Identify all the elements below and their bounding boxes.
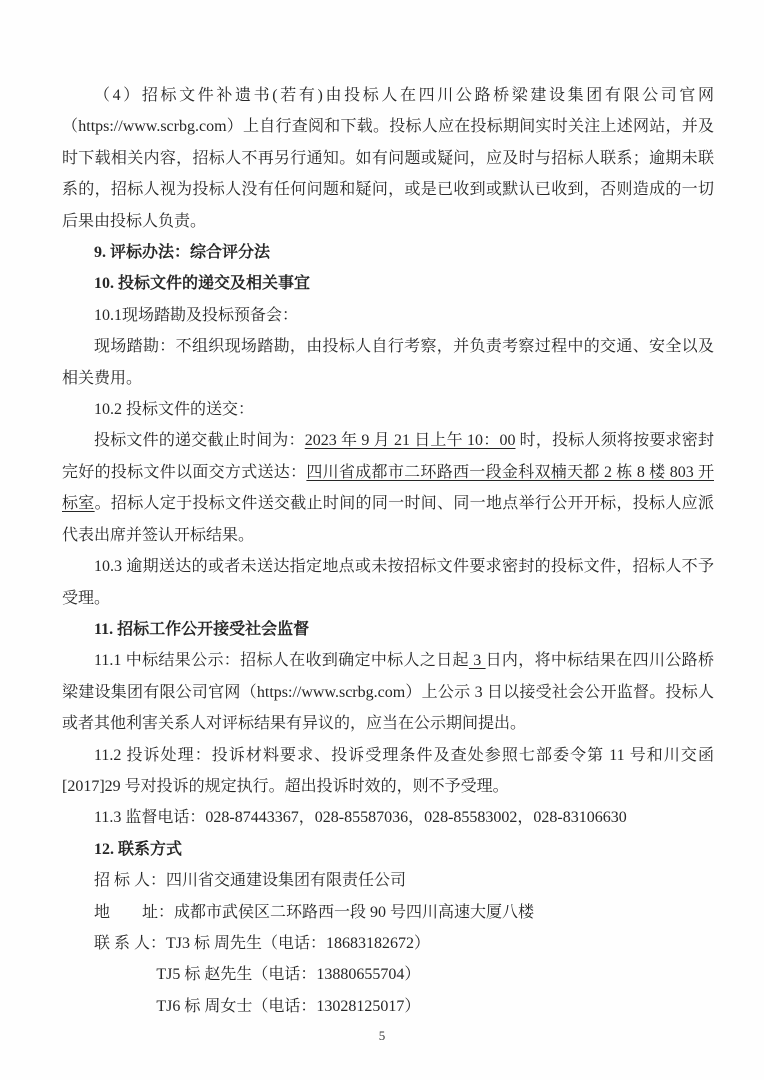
contact-person-tj3: 联 系 人：TJ3 标 周先生（电话：18683182672） bbox=[62, 928, 714, 959]
text-run: 地 址：成都市武侯区二环路西一段 90 号四川高速大厦八楼 bbox=[94, 904, 534, 921]
text-run: 11.3 监督电话：028-87443367，028-85587036，028-… bbox=[94, 809, 627, 826]
text-run: 投标文件的递交截止时间为： bbox=[94, 432, 305, 449]
text-run: 10.1现场踏勘及投标预备会： bbox=[94, 307, 298, 324]
text-run: 11.1 中标结果公示：招标人在收到确定中标人之日起 bbox=[94, 652, 469, 669]
para-site-visit-detail: 现场踏勘：不组织现场踏勘，由投标人自行考察，并负责考察过程中的交通、安全以及相关… bbox=[62, 331, 714, 394]
para-11-1-result-publicity: 11.1 中标结果公示：招标人在收到确定中标人之日起 3 日内，将中标结果在四川… bbox=[62, 645, 714, 739]
text-run: （4）招标文件补遗书(若有)由投标人在四川公路桥梁建设集团有限公司官网（http… bbox=[62, 87, 714, 230]
contact-person-tj6: TJ6 标 周女士（电话：13028125017） bbox=[62, 991, 714, 1022]
text-run: 联 系 人：TJ3 标 周先生（电话：18683182672） bbox=[94, 935, 430, 952]
document-body: （4）招标文件补遗书(若有)由投标人在四川公路桥梁建设集团有限公司官网（http… bbox=[62, 80, 714, 1022]
contact-address: 地 址：成都市武侯区二环路西一段 90 号四川高速大厦八楼 bbox=[62, 897, 714, 928]
text-run: 11.2 投诉处理：投诉材料要求、投诉受理条件及查处参照七部委令第 11 号和川… bbox=[62, 747, 714, 795]
heading-10-submission: 10. 投标文件的递交及相关事宜 bbox=[62, 268, 714, 299]
text-run: 10.3 逾期送达的或者未送达指定地点或未按招标文件要求密封的投标文件，招标人不… bbox=[62, 558, 714, 606]
underlined-text: 3 bbox=[469, 652, 486, 669]
heading-text: 12. 联系方式 bbox=[94, 841, 182, 858]
contact-tenderer: 招 标 人：四川省交通建设集团有限责任公司 bbox=[62, 865, 714, 896]
para-10-2-delivery-title: 10.2 投标文件的送交： bbox=[62, 394, 714, 425]
contact-person-tj5: TJ5 标 赵先生（电话：13880655704） bbox=[62, 959, 714, 990]
para-10-3-late-delivery: 10.3 逾期送达的或者未送达指定地点或未按招标文件要求密封的投标文件，招标人不… bbox=[62, 551, 714, 614]
text-run: 现场踏勘：不组织现场踏勘，由投标人自行考察，并负责考察过程中的交通、安全以及相关… bbox=[62, 338, 714, 386]
page-number: 5 bbox=[379, 1028, 386, 1043]
text-run: 招 标 人：四川省交通建设集团有限责任公司 bbox=[94, 872, 406, 889]
heading-12-contact-info: 12. 联系方式 bbox=[62, 834, 714, 865]
para-10-1-site-visit-title: 10.1现场踏勘及投标预备会： bbox=[62, 300, 714, 331]
para-11-3-supervision-phones: 11.3 监督电话：028-87443367，028-85587036，028-… bbox=[62, 802, 714, 833]
para-supplement-notice: （4）招标文件补遗书(若有)由投标人在四川公路桥梁建设集团有限公司官网（http… bbox=[62, 80, 714, 237]
document-page: （4）招标文件补遗书(若有)由投标人在四川公路桥梁建设集团有限公司官网（http… bbox=[0, 0, 764, 1080]
text-run: TJ6 标 周女士（电话：13028125017） bbox=[156, 998, 420, 1015]
heading-text: 10. 投标文件的递交及相关事宜 bbox=[94, 275, 310, 292]
heading-text: 9. 评标办法：综合评分法 bbox=[94, 244, 270, 261]
text-run: TJ5 标 赵先生（电话：13880655704） bbox=[156, 966, 420, 983]
heading-text: 11. 招标工作公开接受社会监督 bbox=[94, 621, 309, 638]
text-run: 。招标人定于投标文件送交截止时间的同一时间、同一地点举行公开开标，投标人应派代表… bbox=[62, 495, 714, 543]
para-11-2-complaints: 11.2 投诉处理：投诉材料要求、投诉受理条件及查处参照七部委令第 11 号和川… bbox=[62, 740, 714, 803]
underlined-text: 2023 年 9 月 21 日上午 10：00 bbox=[305, 432, 516, 449]
heading-11-public-supervision: 11. 招标工作公开接受社会监督 bbox=[62, 614, 714, 645]
text-run: 10.2 投标文件的送交： bbox=[94, 401, 254, 418]
para-deadline-address: 投标文件的递交截止时间为：2023 年 9 月 21 日上午 10：00 时，投… bbox=[62, 425, 714, 551]
heading-9-evaluation-method: 9. 评标办法：综合评分法 bbox=[62, 237, 714, 268]
page-footer: 5 bbox=[0, 1028, 764, 1044]
